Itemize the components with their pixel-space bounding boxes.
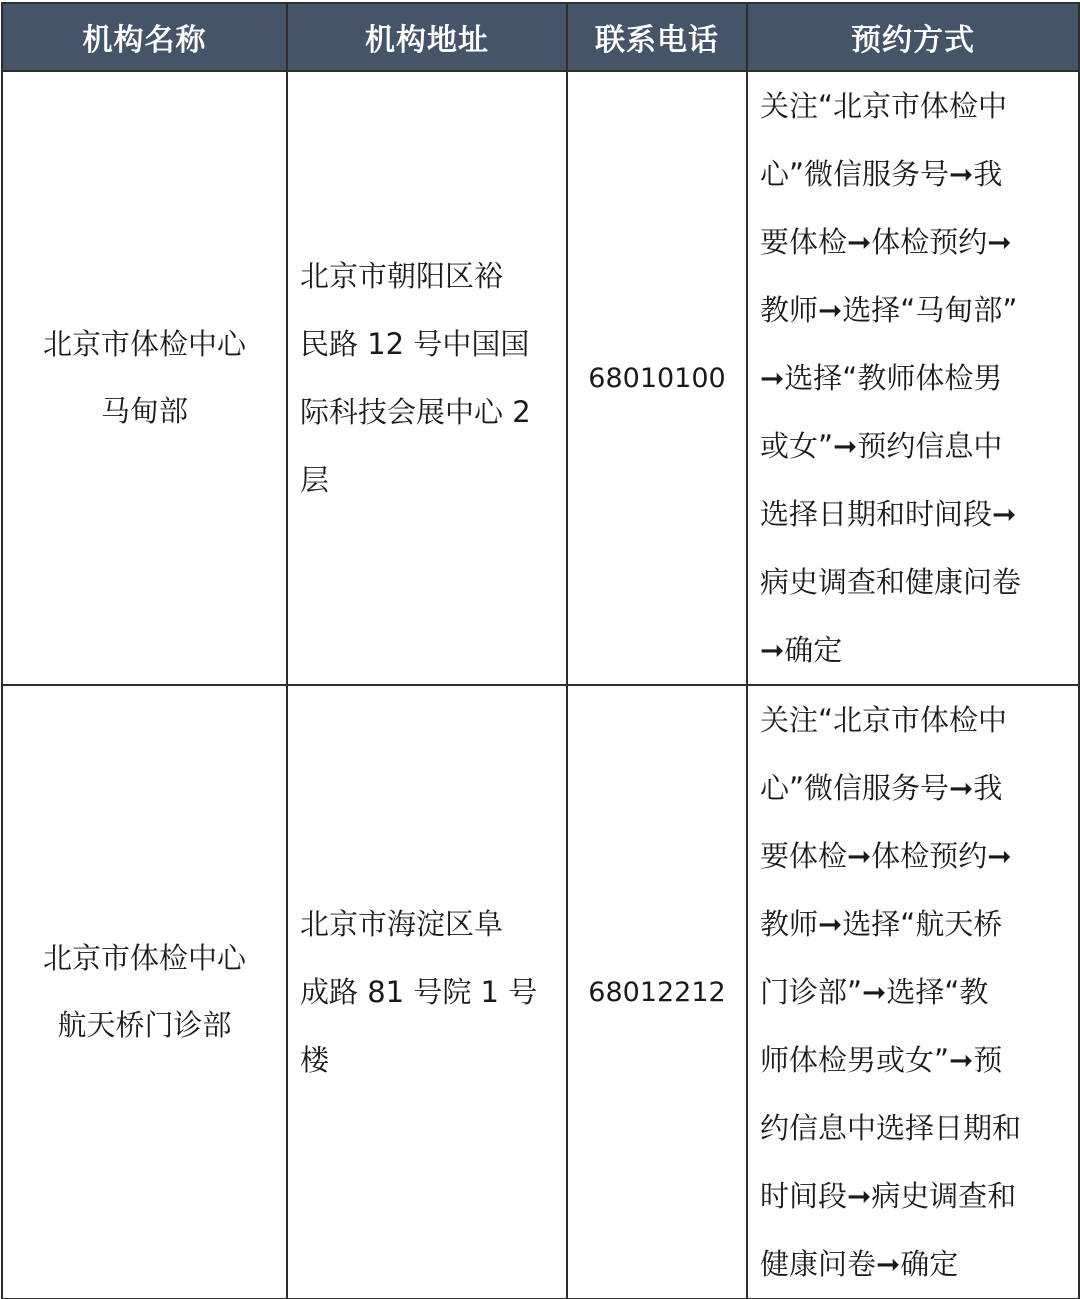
table-header-row: 机构名称 机构地址 联系电话 预约方式 — [2, 3, 1079, 71]
method-line: 教师➞选择“航天桥 — [760, 890, 1072, 958]
method-line: 关注“北京市体检中 — [760, 72, 1072, 140]
institution-name-line: 北京市体检中心 — [3, 925, 286, 992]
header-institution-address: 机构地址 — [287, 3, 567, 71]
method-line: 约信息中选择日期和 — [760, 1094, 1072, 1162]
table-row: 北京市体检中心 马甸部 北京市朝阳区裕 民路 12 号中国国 际科技会展中心 2… — [2, 71, 1079, 685]
institution-address-cell: 北京市朝阳区裕 民路 12 号中国国 际科技会展中心 2 层 — [287, 71, 567, 685]
method-line: 要体检➞体检预约➞ — [760, 208, 1072, 276]
method-line: 或女”➞预约信息中 — [760, 412, 1072, 480]
address-line: 际科技会展中心 2 — [300, 378, 554, 446]
method-line: 门诊部”➞选择“教 — [760, 958, 1072, 1026]
method-line: 病史调查和健康问卷 — [760, 548, 1072, 616]
institution-name-cell: 北京市体检中心 马甸部 — [2, 71, 287, 685]
address-line: 民路 12 号中国国 — [300, 310, 554, 378]
address-line: 楼 — [300, 1026, 554, 1094]
method-line: 心”微信服务号➞我 — [760, 754, 1072, 822]
booking-method-cell: 关注“北京市体检中 心”微信服务号➞我 要体检➞体检预约➞ 教师➞选择“马甸部”… — [747, 71, 1079, 685]
clinic-appointment-table: 机构名称 机构地址 联系电话 预约方式 北京市体检中心 马甸部 北京市朝阳区裕 … — [1, 2, 1080, 1299]
booking-method-cell: 关注“北京市体检中 心”微信服务号➞我 要体检➞体检预约➞ 教师➞选择“航天桥 … — [747, 685, 1079, 1299]
header-phone: 联系电话 — [567, 3, 747, 71]
method-line: 要体检➞体检预约➞ — [760, 822, 1072, 890]
method-line: 心”微信服务号➞我 — [760, 140, 1072, 208]
header-booking-method: 预约方式 — [747, 3, 1079, 71]
method-line: 师体检男或女”➞预 — [760, 1026, 1072, 1094]
method-line: 教师➞选择“马甸部” — [760, 276, 1072, 344]
method-line: 时间段➞病史调查和 — [760, 1162, 1072, 1230]
table-row: 北京市体检中心 航天桥门诊部 北京市海淀区阜 成路 81 号院 1 号 楼 68… — [2, 685, 1079, 1299]
institution-name-line: 马甸部 — [3, 378, 286, 445]
method-line: 选择日期和时间段➞ — [760, 480, 1072, 548]
institution-name-line: 航天桥门诊部 — [3, 992, 286, 1059]
institution-name-cell: 北京市体检中心 航天桥门诊部 — [2, 685, 287, 1299]
address-line: 成路 81 号院 1 号 — [300, 958, 554, 1026]
institution-name-line: 北京市体检中心 — [3, 311, 286, 378]
header-institution-name: 机构名称 — [2, 3, 287, 71]
address-line: 北京市朝阳区裕 — [300, 242, 554, 310]
method-line: ➞选择“教师体检男 — [760, 344, 1072, 412]
method-line: 健康问卷➞确定 — [760, 1230, 1072, 1298]
phone-cell: 68012212 — [567, 685, 747, 1299]
address-line: 北京市海淀区阜 — [300, 890, 554, 958]
method-line: ➞确定 — [760, 616, 1072, 684]
method-line: 关注“北京市体检中 — [760, 686, 1072, 754]
phone-cell: 68010100 — [567, 71, 747, 685]
address-line: 层 — [300, 446, 554, 514]
institution-address-cell: 北京市海淀区阜 成路 81 号院 1 号 楼 — [287, 685, 567, 1299]
